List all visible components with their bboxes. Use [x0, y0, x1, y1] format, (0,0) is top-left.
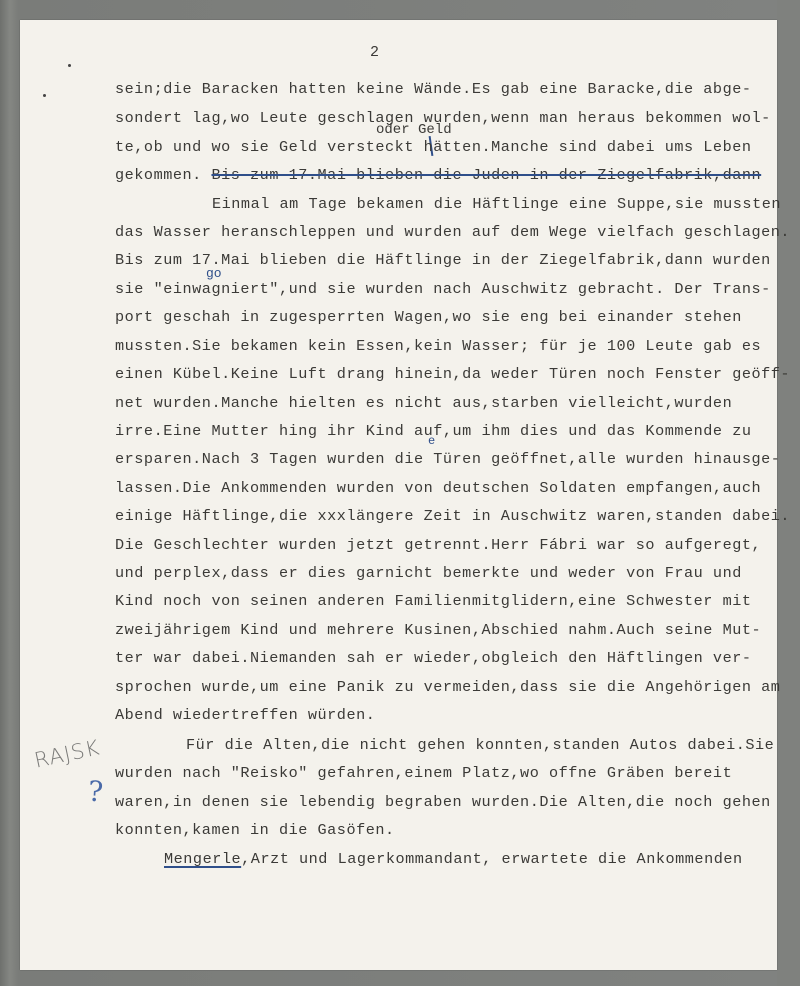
underlined-name: Mengerle [164, 850, 241, 868]
text-line-4-start: gekommen. [115, 166, 202, 184]
text-line-1: sein;die Baracken hatten keine Wände.Es … [115, 80, 752, 98]
text-line-28 paragraph-start: Mengerle,Arzt und Lagerkommandant, erwar… [164, 850, 743, 868]
text-line-20: zweijährigem Kind und mehrere Kusinen,Ab… [115, 621, 761, 639]
text-line-14: ersparen.Nach 3 Tagen wurden die Türen g… [115, 450, 780, 468]
paper-speck [68, 64, 71, 67]
text-line-18: und perplex,dass er dies garnicht bemerk… [115, 564, 742, 582]
margin-note-question-mark: ? [87, 775, 104, 809]
text-line-24 paragraph-start: Für die Alten,die nicht gehen konnten,st… [186, 736, 774, 754]
text-line-28-rest: ,Arzt und Lagerkommandant, erwartete die… [241, 850, 743, 868]
text-line-10: mussten.Sie bekamen kein Essen,kein Wass… [115, 337, 761, 355]
text-line-16: einige Häftlinge,die xxxlängere Zeit in … [115, 507, 790, 525]
struck-through-text: Bis zum 17.Mai blieben die Juden in der … [211, 166, 761, 184]
text-line-11: einen Kübel.Keine Luft drang hinein,da w… [115, 365, 790, 383]
text-line-15: lassen.Die Ankommenden wurden von deutsc… [115, 479, 761, 497]
text-line-4: gekommen. Bis zum 17.Mai blieben die Jud… [115, 166, 761, 184]
paper-speck [43, 94, 46, 97]
text-line-5 paragraph-start: Einmal am Tage bekamen die Häftlinge ein… [212, 195, 781, 213]
inserted-text-go: go [206, 266, 222, 281]
background-edge [777, 0, 800, 986]
text-line-21: ter war dabei.Niemanden sah er wieder,ob… [115, 649, 752, 667]
text-line-6: das Wasser heranschleppen und wurden auf… [115, 223, 790, 241]
text-line-26: waren,in denen sie lebendig begraben wur… [115, 793, 771, 811]
inserted-correction-n: e [428, 434, 435, 448]
text-line-22: sprochen wurde,um eine Panik zu vermeide… [115, 678, 780, 696]
text-line-23: Abend wiedertreffen würden. [115, 706, 375, 724]
text-line-12: net wurden.Manche hielten es nicht aus,s… [115, 394, 732, 412]
text-line-17: Die Geschlechter wurden jetzt getrennt.H… [115, 536, 761, 554]
inserted-text-oder-geld: oder Geld [376, 122, 452, 138]
text-line-8: sie "einwagniert",und sie wurden nach Au… [115, 280, 771, 298]
text-line-27: konnten,kamen in die Gasöfen. [115, 821, 395, 839]
text-line-9: port geschah in zugesperrten Wagen,wo si… [115, 308, 742, 326]
text-line-25: wurden nach "Reisko" gefahren,einem Plat… [115, 764, 732, 782]
page-number: 2 [370, 44, 379, 61]
text-line-19: Kind noch von seinen anderen Familienmit… [115, 592, 752, 610]
text-line-3: te,ob und wo sie Geld versteckt hätten.M… [115, 138, 752, 156]
